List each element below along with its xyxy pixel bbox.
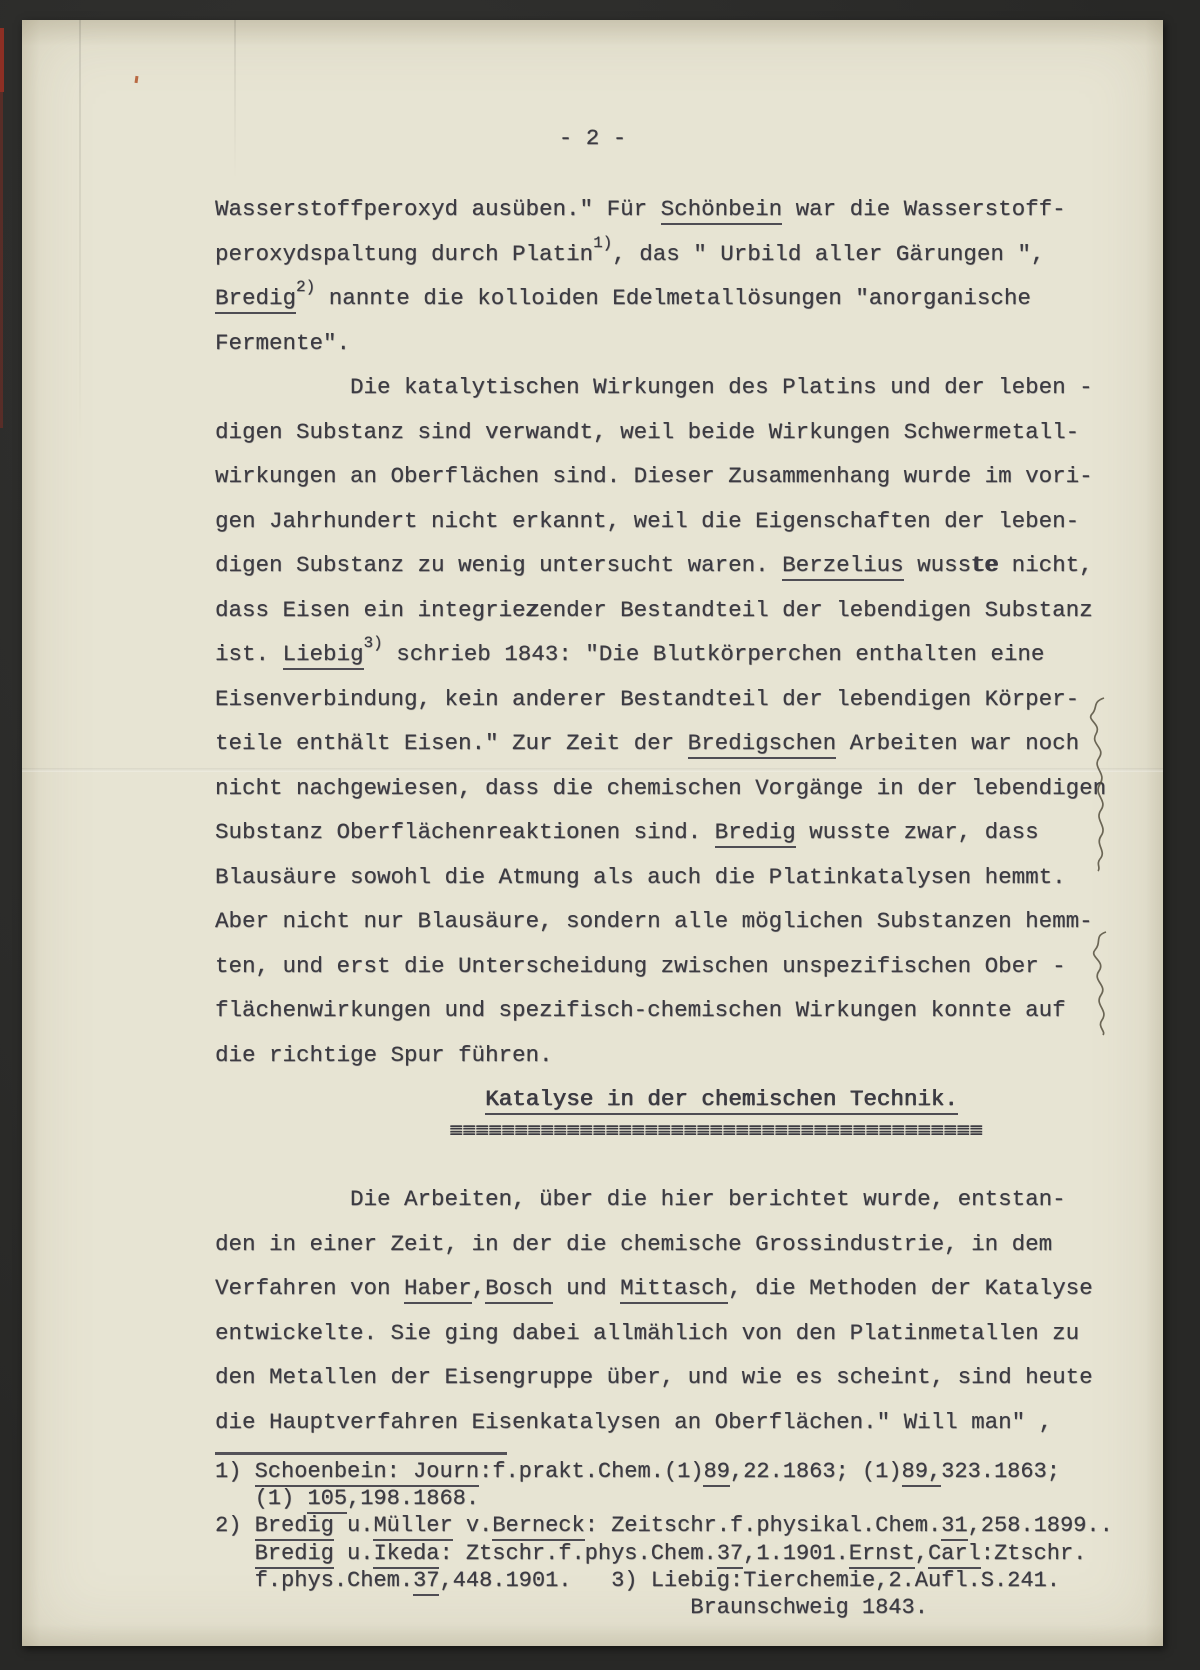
- text-segment: entwickelte. Sie ging dabei allmählich v…: [215, 1320, 1079, 1346]
- text-segment: Berzelius: [782, 552, 904, 581]
- text-line: die Hauptverfahren Eisenkatalysen an Obe…: [215, 1400, 1093, 1445]
- text-segment: : Ztschr.f.phys.Chem.: [439, 1541, 716, 1566]
- red-edge-mark: [0, 92, 3, 428]
- text-segment: 31: [941, 1513, 967, 1541]
- text-line: wirkungen an Oberflächen sind. Dieser Zu…: [215, 454, 1106, 499]
- text-segment: u.: [334, 1513, 374, 1538]
- text-segment: , die Methoden der Katalyse: [728, 1275, 1093, 1301]
- text-segment: :f.prakt.Chem.(1): [479, 1459, 703, 1484]
- text-segment: ,: [915, 1541, 928, 1566]
- text-segment: z: [526, 597, 540, 623]
- text-segment: digen Substanz sind verwandt, weil beide…: [215, 419, 1079, 445]
- text-line: digen Substanz sind verwandt, weil beide…: [215, 410, 1106, 455]
- text-segment: Mittasch: [620, 1275, 728, 1304]
- text-line: f.phys.Chem.37,448.1901. 3) Liebig:Tierc…: [215, 1567, 1113, 1594]
- text-line: peroxydspaltung durch Platin1), das " Ur…: [215, 232, 1106, 277]
- text-line: ist. Liebig3) schrieb 1843: "Die Blutkör…: [215, 632, 1106, 677]
- paragraph-2: Die Arbeiten, über die hier berichtet wu…: [215, 1177, 1093, 1444]
- text-segment: Bredig: [255, 1513, 334, 1541]
- text-segment: dass Eisen ein integrie: [215, 597, 526, 623]
- text-line: Bredig u.Ikeda: Ztschr.f.phys.Chem.37,1.…: [215, 1540, 1113, 1567]
- text-line: Wasserstoffperoxyd ausüben." Für Schönbe…: [215, 187, 1106, 232]
- text-line: Die katalytischen Wirkungen des Platins …: [215, 365, 1106, 410]
- margin-squiggle-mark: [1078, 930, 1124, 1036]
- text-segment: : Zeitschr.f.physikal.Chem.: [585, 1513, 941, 1538]
- text-segment: Eisenverbindung, kein anderer Bestandtei…: [215, 686, 1079, 712]
- text-line: den Metallen der Eisengruppe über, und w…: [215, 1355, 1093, 1400]
- section-heading: Katalyse in der chemischen Technik.: [215, 1084, 982, 1114]
- text-segment: Die katalytischen Wirkungen des Platins …: [215, 374, 1093, 400]
- text-segment: , das " Urbild aller Gärungen ",: [612, 241, 1044, 267]
- text-segment: Substanz Oberflächenreaktionen sind.: [215, 819, 715, 845]
- text-segment: :Ztschr.: [981, 1541, 1087, 1566]
- text-segment: Haber: [404, 1275, 472, 1304]
- text-segment: Schönbein: [661, 196, 783, 225]
- red-edge-mark: [0, 28, 4, 92]
- text-segment: Bosch: [485, 1275, 553, 1304]
- text-segment: digen Substanz zu wenig untersucht waren…: [215, 552, 782, 578]
- heading-indent: [215, 1086, 485, 1112]
- text-segment: Verfahren von: [215, 1275, 404, 1301]
- text-segment: ist.: [215, 641, 283, 667]
- text-line: den in einer Zeit, in der die chemische …: [215, 1222, 1093, 1267]
- text-segment: 89,: [902, 1459, 942, 1487]
- text-segment: ten, und erst die Unterscheidung zwische…: [215, 953, 1066, 979]
- page-number: - 2 -: [22, 116, 1163, 161]
- text-segment: wuss: [904, 552, 972, 578]
- text-segment: Ikeda: [373, 1541, 439, 1569]
- text-segment: Berneck: [492, 1513, 584, 1541]
- footnotes: 1) Schoenbein: Journ:f.prakt.Chem.(1)89,…: [215, 1458, 1113, 1621]
- text-segment: den in einer Zeit, in der die chemische …: [215, 1231, 1052, 1257]
- text-segment: ,448.1901. 3) Liebig:Tierchemie,2.Aufl.S…: [439, 1568, 1060, 1593]
- text-segment: 105: [307, 1486, 347, 1514]
- text-segment: schrieb 1843: "Die Blutkörperchen enthal…: [383, 641, 1045, 667]
- text-segment: wirkungen an Oberflächen sind. Dieser Zu…: [215, 463, 1093, 489]
- margin-squiggle-mark: [1074, 696, 1120, 872]
- text-segment: nicht nachgewiesen, dass die chemischen …: [215, 775, 1106, 801]
- text-line: gen Jahrhundert nicht erkannt, weil die …: [215, 499, 1106, 544]
- text-segment: ender Bestandteil der lebendigen Substan…: [539, 597, 1093, 623]
- text-line: Fermente".: [215, 321, 1106, 366]
- text-segment: Arbeiten war noch: [836, 730, 1079, 756]
- text-line: nicht nachgewiesen, dass die chemischen …: [215, 766, 1106, 811]
- text-segment: u.: [334, 1541, 374, 1566]
- text-line: Verfahren von Haber,Bosch und Mittasch, …: [215, 1266, 1093, 1311]
- text-line: Die Arbeiten, über die hier berichtet wu…: [215, 1177, 1093, 1222]
- text-segment: ,198.1868.: [347, 1486, 479, 1511]
- text-segment: Ernst: [849, 1541, 915, 1569]
- text-segment: nicht,: [998, 552, 1093, 578]
- text-segment: flächenwirkungen und spezifisch-chemisch…: [215, 997, 1066, 1023]
- text-segment: [215, 1541, 255, 1566]
- text-line: die richtige Spur führen.: [215, 1033, 1106, 1078]
- section-heading-block: Katalyse in der chemischen Technik. ====…: [215, 1084, 982, 1145]
- text-segment: peroxydspaltung durch Platin: [215, 241, 593, 267]
- paragraph-1: Wasserstoffperoxyd ausüben." Für Schönbe…: [215, 187, 1106, 1077]
- text-segment: Fermente".: [215, 330, 350, 356]
- text-segment: 323.1863;: [941, 1459, 1060, 1484]
- text-segment: war die Wasserstoff-: [782, 196, 1066, 222]
- footnote-separator-rule: [215, 1452, 507, 1455]
- text-segment: f.phys.Chem.: [215, 1568, 413, 1593]
- text-segment: wusste zwar, dass: [796, 819, 1039, 845]
- text-segment: 1): [215, 1459, 255, 1484]
- text-segment: Bredigschen: [688, 730, 837, 759]
- text-segment: te: [971, 552, 998, 578]
- text-segment: Braunschweig 1843.: [215, 1595, 928, 1620]
- text-segment: nannte die kolloiden Edelmetallösungen "…: [315, 285, 1031, 311]
- text-line: Eisenverbindung, kein anderer Bestandtei…: [215, 677, 1106, 722]
- text-segment: ,22.1863; (1): [730, 1459, 902, 1484]
- text-segment: die Hauptverfahren Eisenkatalysen an Obe…: [215, 1409, 1052, 1435]
- text-segment: 37: [413, 1568, 439, 1596]
- text-line: 2) Bredig u.Müller v.Berneck: Zeitschr.f…: [215, 1512, 1113, 1539]
- text-segment: Schoenbein: Journ: [255, 1459, 479, 1487]
- text-line: teile enthält Eisen." Zur Zeit der Bredi…: [215, 721, 1106, 766]
- text-segment: (1): [215, 1486, 307, 1511]
- text-segment: den Metallen der Eisengruppe über, und w…: [215, 1364, 1093, 1390]
- text-segment: 2): [215, 1513, 255, 1538]
- text-line: Substanz Oberflächenreaktionen sind. Bre…: [215, 810, 1106, 855]
- text-segment: gen Jahrhundert nicht erkannt, weil die …: [215, 508, 1079, 534]
- text-line: 1) Schoenbein: Journ:f.prakt.Chem.(1)89,…: [215, 1458, 1113, 1485]
- text-line: Blausäure sowohl die Atmung als auch die…: [215, 855, 1106, 900]
- text-line: dass Eisen ein integriezender Bestandtei…: [215, 588, 1106, 633]
- text-segment: ,258.1899..: [968, 1513, 1113, 1538]
- text-segment: Blausäure sowohl die Atmung als auch die…: [215, 864, 1066, 890]
- text-line: ten, und erst die Unterscheidung zwische…: [215, 944, 1106, 989]
- text-segment: Carl: [928, 1541, 981, 1569]
- paper-speck: [135, 76, 139, 83]
- text-segment: Wasserstoffperoxyd ausüben." Für: [215, 196, 661, 222]
- text-segment: und: [553, 1275, 621, 1301]
- heading-underline-rule: ========================================…: [215, 1115, 982, 1145]
- text-segment: Bredig: [215, 285, 296, 314]
- text-segment: Müller: [373, 1513, 452, 1541]
- text-segment: 37: [717, 1541, 743, 1569]
- heading-text: Katalyse in der chemischen Technik.: [485, 1086, 958, 1115]
- text-segment: teile enthält Eisen." Zur Zeit der: [215, 730, 688, 756]
- text-segment: Bredig: [715, 819, 796, 848]
- text-line: flächenwirkungen und spezifisch-chemisch…: [215, 988, 1106, 1033]
- text-line: entwickelte. Sie ging dabei allmählich v…: [215, 1311, 1093, 1356]
- text-segment: ,1.1901.: [743, 1541, 849, 1566]
- text-segment: Liebig: [283, 641, 364, 670]
- text-segment: Die Arbeiten, über die hier berichtet wu…: [215, 1186, 1066, 1212]
- text-segment: Aber nicht nur Blausäure, sondern alle m…: [215, 908, 1093, 934]
- text-line: Braunschweig 1843.: [215, 1594, 1113, 1621]
- text-line: (1) 105,198.1868.: [215, 1485, 1113, 1512]
- text-segment: ,: [472, 1275, 486, 1301]
- text-line: digen Substanz zu wenig untersucht waren…: [215, 543, 1106, 588]
- text-segment: 89: [703, 1459, 729, 1487]
- paper-crease: [79, 20, 81, 445]
- text-segment: die richtige Spur führen.: [215, 1042, 553, 1068]
- document-page: - 2 - Wasserstoffperoxyd ausüben." Für S…: [22, 20, 1163, 1646]
- text-segment: Bredig: [255, 1541, 334, 1569]
- text-segment: v.: [453, 1513, 493, 1538]
- text-line: Aber nicht nur Blausäure, sondern alle m…: [215, 899, 1106, 944]
- text-line: Bredig2) nannte die kolloiden Edelmetall…: [215, 276, 1106, 321]
